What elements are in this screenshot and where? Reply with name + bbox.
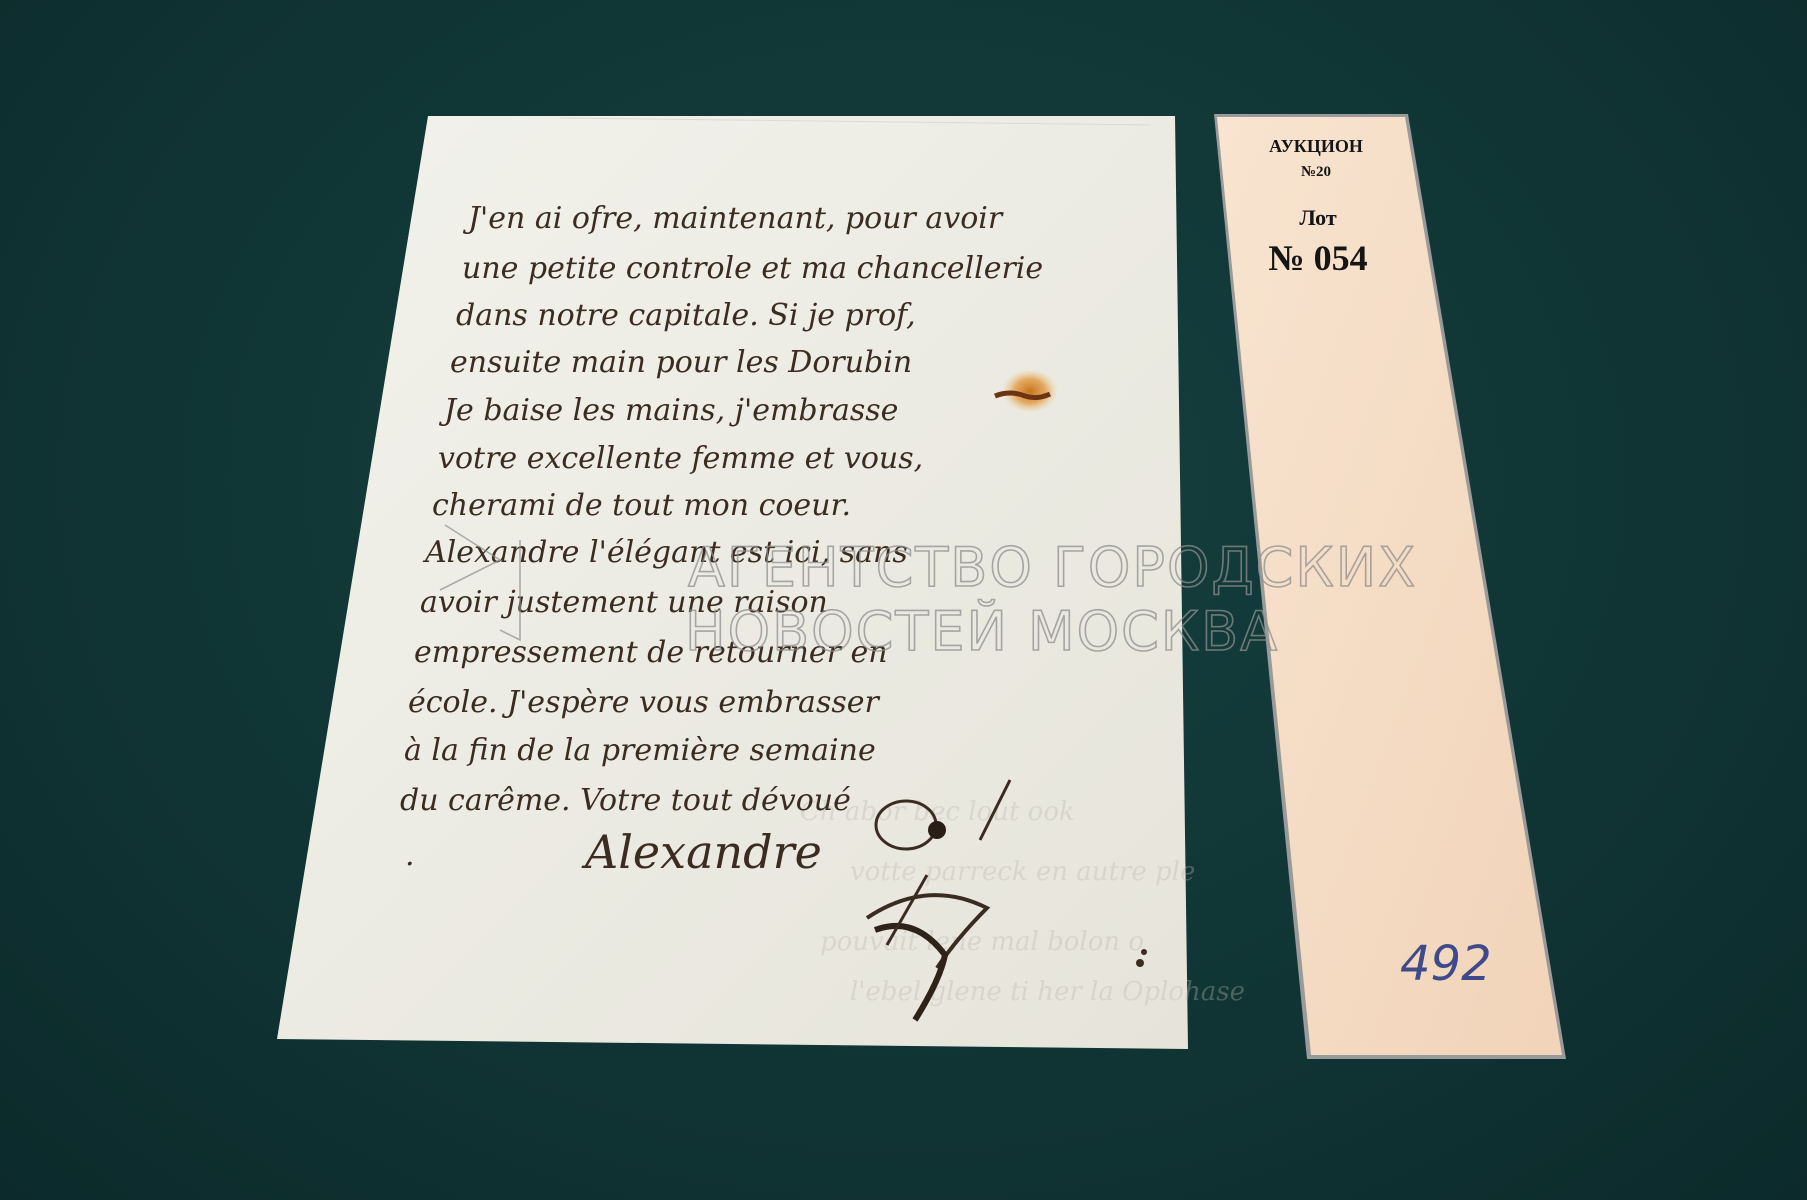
svg-text:.: .: [405, 838, 415, 873]
svg-text:l'ebel glene ti her la: l'ebel glene ti her la Oplohase: [850, 977, 1245, 1007]
svg-text:АГЕНТСТВО ГОРОДСКИХ: АГЕНТСТВО ГОРОДСКИХ: [688, 536, 1417, 599]
svg-text:pouvait lene mal bolon: pouvait lene mal bolon o: [820, 927, 1144, 957]
letter-line: du carême. Votre tout dévoué: [400, 783, 851, 818]
svg-text:НОВОСТЕЙ МОСКВА: НОВОСТЕЙ МОСКВА: [685, 600, 1279, 663]
lot-number: № 054: [1268, 238, 1367, 278]
letter-line: à la fin de la première semaine: [404, 733, 876, 768]
letter-line: ensuite main pour les Dorubin: [450, 345, 912, 380]
handwritten-inventory-number: 492: [1400, 936, 1492, 992]
photo-scene: Ch abor bec lout ook votte parreck en au…: [0, 0, 1807, 1200]
letter-line: Je baise les mains, j'embrasse: [438, 393, 898, 428]
letter-line: dans notre capitale. Si je prof,: [456, 298, 916, 333]
svg-text:Alexandre: Alexandre: [581, 825, 822, 879]
letter-line: une petite controle et ma chancellerie: [462, 251, 1043, 286]
lot-label: Лот: [1299, 205, 1337, 230]
auction-label: АУКЦИОН: [1269, 136, 1363, 156]
scene-canvas: Ch abor bec lout ook votte parreck en au…: [0, 0, 1807, 1200]
letter-line: cherami de tout mon coeur.: [432, 488, 851, 523]
letter-line: école. J'espère vous embrasser: [408, 685, 880, 720]
letter-line: votre excellente femme et vous,: [438, 441, 923, 476]
svg-text:votte parreck en autre ple: votte parreck en autre ple: [850, 857, 1195, 887]
letter-line: J'en ai ofre, maintenant, pour avoir: [462, 201, 1004, 236]
auction-number: №20: [1301, 164, 1331, 180]
